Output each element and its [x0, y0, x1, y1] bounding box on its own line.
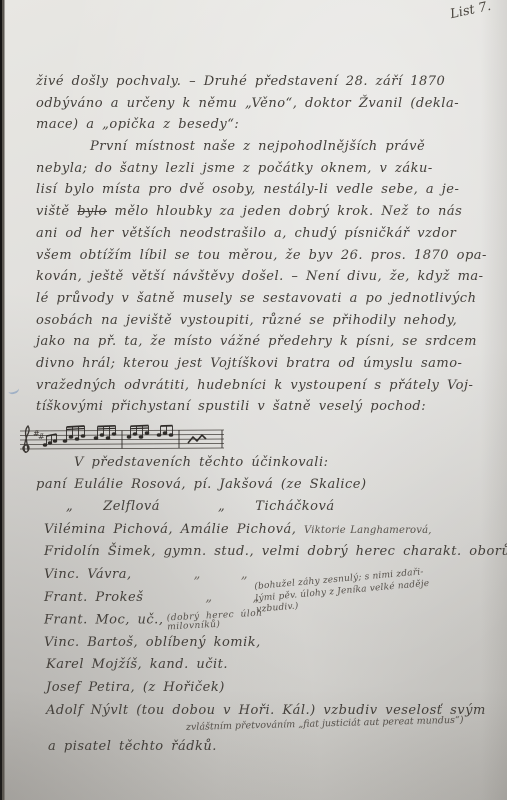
cast-names: Vilémina Pichová, Amálie Pichová, [44, 522, 296, 537]
manuscript-line: tíškovými přichystaní spustili v šatně v… [36, 399, 485, 421]
cast-row: Fridolín Šimek, gymn. stud., velmi dobrý… [36, 544, 485, 567]
treble-staff-icon: # # [16, 423, 228, 453]
manuscript-page: List 7. živé došly pochvaly. – Druhé pře… [0, 0, 507, 800]
line-segment: mělo hloubky za jeden dobrý krok. Než to… [107, 204, 462, 219]
treble-clef-icon [23, 426, 29, 452]
cast-row: paní Eulálie Rosová, pí. Jakšová (ze Ska… [36, 477, 485, 500]
inline-note: (dobrý herec úlohmilovníků) [167, 610, 264, 632]
cast-name: Vinc. Vávra, [44, 567, 132, 582]
cast-row: Vilémina Pichová, Amálie Pichová, Viktor… [36, 522, 485, 545]
manuscript-line: První místnost naše z nejpohodlnějších p… [36, 139, 485, 161]
manuscript-line: nebyla; do šatny lezli jsme z počátky ok… [36, 161, 485, 183]
cast-row: Vinc. Bartoš, oblíbený komik, [36, 635, 485, 658]
cast-row: Josef Petira, (z Hořiček) [36, 680, 485, 703]
cast-row: a pisatel těchto řádků. [36, 739, 485, 762]
manuscript-line: vražedných odvrátiti, hudebníci k vystou… [36, 378, 485, 400]
manuscript-line: odbýváno a určeny k němu „Věno“, doktor … [36, 96, 485, 118]
cast-name: Zelflová [103, 499, 160, 514]
manuscript-line: osobách na jeviště vystoupiti, různé se … [36, 313, 485, 335]
scan-edge-left [0, 0, 5, 800]
ditto-mark: „ [205, 590, 212, 605]
manuscript-line: ani od her větších neodstrašilo a, chudý… [36, 226, 485, 248]
manuscript-line-with-strikethrough: viště bylo mělo hloubky za jeden dobrý k… [36, 204, 485, 226]
manuscript-line: lé průvody v šatně musely se sestavovati… [36, 291, 485, 313]
ditto-mark: „ [241, 567, 248, 582]
cast-name: Frant. Moc, uč., [44, 613, 163, 628]
manuscript-line: kován, ještě větší návštěvy došel. – Nen… [36, 269, 485, 291]
ditto-mark: „ [194, 567, 201, 582]
manuscript-line: mace) a „opička z besedy“: [36, 117, 485, 139]
blue-pencil-mark [7, 384, 20, 395]
manuscript-line: jako na př. ta, že místo vážné předehry … [36, 334, 485, 356]
line-segment: viště [36, 204, 77, 219]
svg-text:#: # [38, 432, 45, 441]
cast-name: Frant. Prokeš [44, 590, 143, 605]
cast-heading: V představeních těchto účinkovali: [36, 455, 485, 477]
manuscript-line: lisí bylo místa pro dvě osoby, nestály-l… [36, 182, 485, 204]
manuscript-line: živé došly pochvaly. – Druhé představení… [36, 74, 485, 96]
musical-notation: # # [16, 423, 485, 453]
ditto-mark: „ [218, 499, 225, 514]
manuscript-line: všem obtížím líbil se tou měrou, že byv … [36, 248, 485, 270]
text-column: živé došly pochvaly. – Druhé představení… [36, 74, 485, 762]
cast-row: Karel Mojžíš, kand. učit. [36, 657, 485, 680]
manuscript-line: divno hrál; kterou jest Vojtíškovi bratr… [36, 356, 485, 378]
cast-row: „Zelflová„Ticháčková [36, 499, 485, 522]
cast-name-small: Viktorie Langhamerová, [304, 525, 432, 536]
cast-name: Ticháčková [255, 499, 334, 514]
ditto-mark: „ [66, 499, 73, 514]
struck-word: bylo [77, 204, 107, 219]
